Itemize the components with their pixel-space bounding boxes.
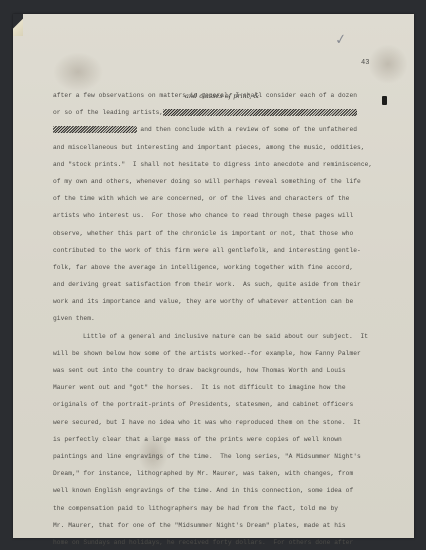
typed-text-body: after a few observations on matters in g…	[53, 87, 393, 550]
text-line: home on Sundays and holidays, he receive…	[53, 534, 393, 550]
text-line: given them.	[53, 310, 393, 327]
text-line: contributed to the work of this firm wer…	[53, 242, 393, 259]
text-line: was sent out into the country to draw ba…	[53, 362, 393, 379]
text-line: and miscellaneous but interesting and im…	[53, 139, 393, 156]
text-line: is perfectly clear that a large mass of …	[53, 431, 393, 448]
page-number: 43	[361, 59, 369, 67]
text-line: after a few observations on matters in g…	[53, 87, 393, 104]
text-line: originals of the portrait-prints of Pres…	[53, 396, 393, 413]
text-line: work and its importance and value, they …	[53, 293, 393, 310]
folded-corner	[13, 14, 23, 36]
text-line: Maurer went out and "got" the horses. It…	[53, 379, 393, 396]
text-line: paintings and line engravings of the tim…	[53, 448, 393, 465]
text-line: of the men themselves, and then conclude…	[53, 121, 393, 138]
checkmark-icon: ✓	[334, 31, 348, 48]
text-line: or so of the leading artists, relating t…	[53, 104, 393, 121]
text-line: folk, far above the average in intellige…	[53, 259, 393, 276]
struck-text: of the men themselves,	[53, 126, 137, 133]
text-line: were secured, but I have no idea who it …	[53, 414, 393, 431]
text-line: observe, whether this part of the chroni…	[53, 225, 393, 242]
text-line: well known English engravings of the tim…	[53, 482, 393, 499]
text-line: of the time with which we are concerned,…	[53, 190, 393, 207]
paragraph-start-line: Little of a general and inclusive nature…	[53, 328, 393, 345]
text-line: and "stock prints." I shall not hesitate…	[53, 156, 393, 173]
smudge	[53, 52, 103, 92]
text-line: Mr. Maurer, that for one of the "Midsumm…	[53, 517, 393, 534]
text-line: of my own and others, whenever doing so …	[53, 173, 393, 190]
text-line: the compensation paid to lithographers m…	[53, 500, 393, 517]
text-line: will be shown below how some of the arti…	[53, 345, 393, 362]
struck-text: relating to the work of each certain ane…	[163, 109, 357, 116]
text-line: artists who interest us. For those who c…	[53, 207, 393, 224]
smudge	[368, 44, 408, 84]
text-line: and deriving great satisfaction from the…	[53, 276, 393, 293]
text-line: Dream," for instance, lithographed by Mr…	[53, 465, 393, 482]
typescript-page: ✓ 43 and classes of print, & after a few…	[13, 14, 414, 538]
